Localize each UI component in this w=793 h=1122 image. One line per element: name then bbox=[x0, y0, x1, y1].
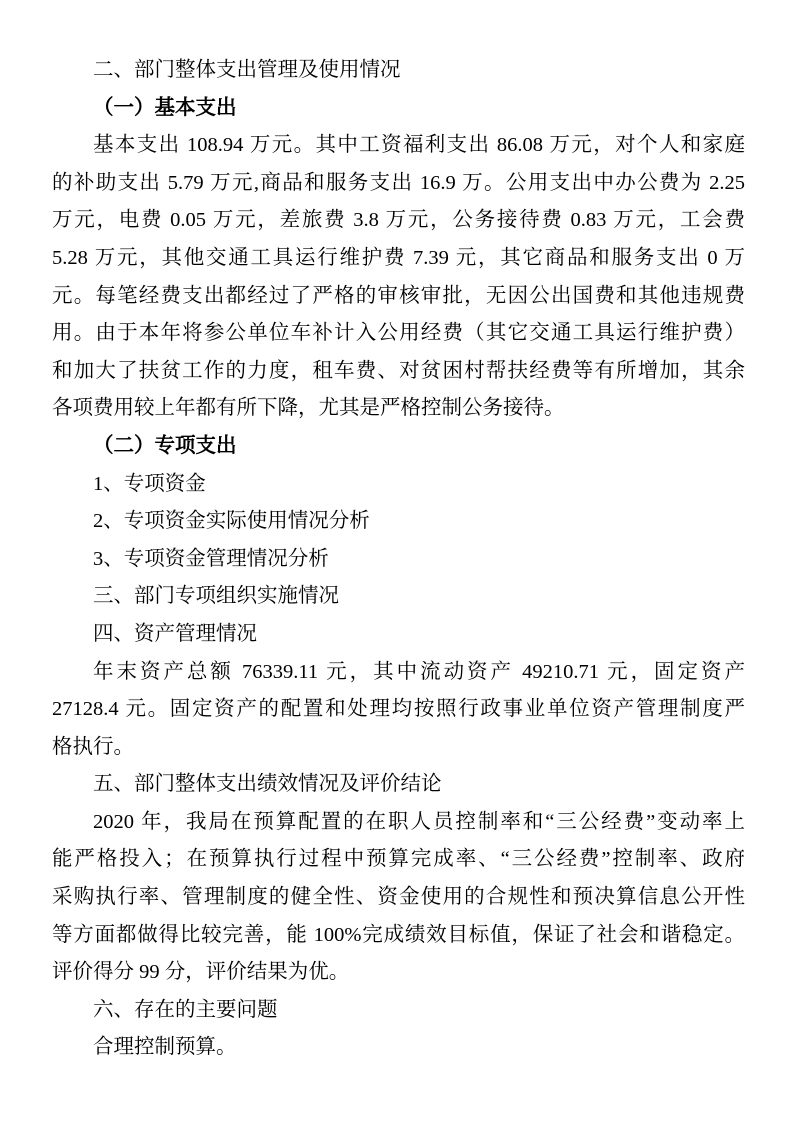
basic-expenditure-para-line-7: 和加大了扶贫工作的力度，租车费、对贫困村帮扶经费等有所增加，其余 bbox=[52, 353, 745, 391]
performance-para-line-2: 能严格投入；在预算执行过程中预算完成率、“三公经费”控制率、政府 bbox=[52, 841, 745, 879]
basic-expenditure-para-line-8: 各项费用较上年都有所下降，尤其是严格控制公务接待。 bbox=[52, 390, 745, 428]
assets-para-line-3: 格执行。 bbox=[52, 729, 745, 767]
performance-para-line-3: 采购执行率、管理制度的健全性、资金使用的合规性和预决算信息公开性 bbox=[52, 879, 745, 917]
heading-section-two: 二、部门整体支出管理及使用情况 bbox=[52, 52, 745, 90]
assets-para-line-2: 27128.4 元。固定资产的配置和处理均按照行政事业单位资产管理制度严 bbox=[52, 691, 745, 729]
heading-special-expenditure: （二）专项支出 bbox=[52, 428, 745, 466]
basic-expenditure-para-line-5: 元。每笔经费支出都经过了严格的审核审批，无因公出国费和其他违规费 bbox=[52, 278, 745, 316]
basic-expenditure-para-line-2: 的补助支出 5.79 万元,商品和服务支出 16.9 万。公用支出中办公费为 2… bbox=[52, 165, 745, 203]
assets-para-line-1: 年末资产总额 76339.11 元，其中流动资产 49210.71 元，固定资产 bbox=[52, 654, 745, 692]
basic-expenditure-para-line-1: 基本支出 108.94 万元。其中工资福利支出 86.08 万元，对个人和家庭 bbox=[52, 127, 745, 165]
basic-expenditure-para-line-3: 万元，电费 0.05 万元，差旅费 3.8 万元，公务接待费 0.83 万元，工… bbox=[52, 202, 745, 240]
heading-section-six: 六、存在的主要问题 bbox=[52, 992, 745, 1030]
heading-basic-expenditure: （一）基本支出 bbox=[52, 90, 745, 128]
document-page: 二、部门整体支出管理及使用情况 （一）基本支出 基本支出 108.94 万元。其… bbox=[0, 0, 793, 1122]
performance-para-line-4: 等方面都做得比较完善，能 100%完成绩效目标值，保证了社会和谐稳定。 bbox=[52, 917, 745, 955]
heading-section-three: 三、部门专项组织实施情况 bbox=[52, 578, 745, 616]
heading-section-five: 五、部门整体支出绩效情况及评价结论 bbox=[52, 766, 745, 804]
performance-para-line-1: 2020 年，我局在预算配置的在职人员控制率和“三公经费”变动率上 bbox=[52, 804, 745, 842]
problems-para-line-1: 合理控制预算。 bbox=[52, 1029, 745, 1067]
list-item-special-fund: 1、专项资金 bbox=[52, 466, 745, 504]
performance-para-line-5: 评价得分 99 分，评价结果为优。 bbox=[52, 954, 745, 992]
basic-expenditure-para-line-6: 用。由于本年将参公单位车补计入公用经费（其它交通工具运行维护费） bbox=[52, 315, 745, 353]
basic-expenditure-para-line-4: 5.28 万元，其他交通工具运行维护费 7.39 元，其它商品和服务支出 0 万 bbox=[52, 240, 745, 278]
list-item-special-fund-management: 3、专项资金管理情况分析 bbox=[52, 541, 745, 579]
list-item-special-fund-usage-analysis: 2、专项资金实际使用情况分析 bbox=[52, 503, 745, 541]
heading-section-four: 四、资产管理情况 bbox=[52, 616, 745, 654]
